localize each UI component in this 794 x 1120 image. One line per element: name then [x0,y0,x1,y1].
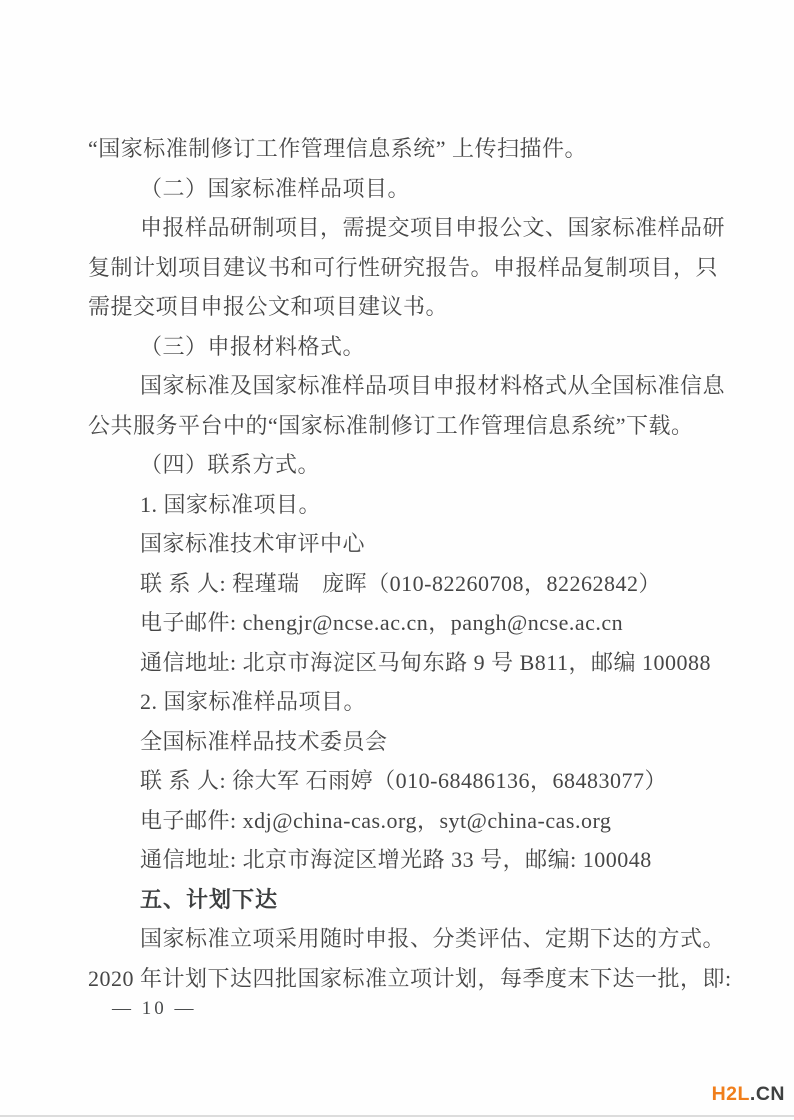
contact-address-line-2: 通信地址: 北京市海淀区增光路 33 号，邮编: 100048 [88,840,708,880]
watermark: H2L.CN [712,1083,785,1106]
subheading-3-material-format: （三）申报材料格式。 [88,327,708,367]
document-body: “国家标准制修订工作管理信息系统” 上传扫描件。 （二）国家标准样品项目。 申报… [88,129,708,998]
item-2-standard-sample: 2. 国家标准样品项目。 [88,682,708,722]
doc-line-upload-scan: “国家标准制修订工作管理信息系统” 上传扫描件。 [88,129,708,169]
page-number: — 10 — [112,998,197,1020]
section-heading-plan-issuance: 五、计划下达 [88,880,708,920]
contact-email-line-2: 电子邮件: xdj@china-cas.org，syt@china-cas.or… [88,801,708,841]
item-1-national-standard: 1. 国家标准项目。 [88,485,708,525]
contact-person-line-2: 联 系 人: 徐大军 石雨婷（010-68486136，68483077） [88,761,708,801]
doc-line: 公共服务平台中的“国家标准制修订工作管理信息系统”下载。 [88,406,708,446]
scan-bottom-edge-line [0,1115,794,1117]
watermark-domain-suffix: .CN [750,1083,785,1105]
doc-line: 2020 年计划下达四批国家标准立项计划，每季度末下达一批，即: [88,959,708,999]
subheading-4-contact-info: （四）联系方式。 [88,445,708,485]
contact-person-line-1: 联 系 人: 程瑾瑞 庞晖（010-82260708，82262842） [88,564,708,604]
contact-address-line-1: 通信地址: 北京市海淀区马甸东路 9 号 B811，邮编 100088 [88,643,708,683]
watermark-brand-text: H2L [712,1083,750,1105]
org-name-sample-committee: 全国标准样品技术委员会 [88,722,708,762]
doc-line: 国家标准及国家标准样品项目申报材料格式从全国标准信息 [88,366,708,406]
document-page: “国家标准制修订工作管理信息系统” 上传扫描件。 （二）国家标准样品项目。 申报… [0,0,794,1120]
org-name-ncse: 国家标准技术审评中心 [88,524,708,564]
doc-line: 复制计划项目建议书和可行性研究报告。申报样品复制项目，只 [88,248,708,288]
subheading-2-sample-project: （二）国家标准样品项目。 [88,169,708,209]
doc-line: 国家标准立项采用随时申报、分类评估、定期下达的方式。 [88,919,708,959]
contact-email-line-1: 电子邮件: chengjr@ncse.ac.cn，pangh@ncse.ac.c… [88,603,708,643]
doc-line: 申报样品研制项目，需提交项目申报公文、国家标准样品研 [88,208,708,248]
doc-line: 需提交项目申报公文和项目建议书。 [88,287,708,327]
